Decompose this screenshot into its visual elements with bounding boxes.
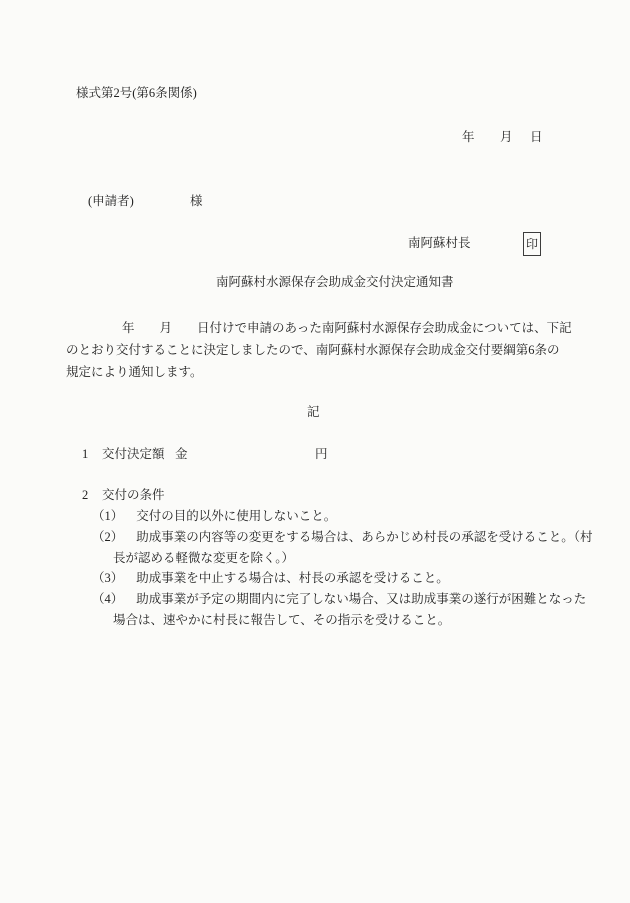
seal-character: 印	[526, 237, 538, 252]
body-paragraph-line-2: のとおり交付することに決定しましたので、南阿蘇村水源保存会助成金交付要綱第6条の	[66, 343, 560, 358]
document-page: 様式第2号(第6条関係) 年 月 日 (申請者) 様 南阿蘇村長 印 南阿蘇村水…	[0, 0, 630, 903]
item1-number: 1	[82, 447, 88, 462]
date-day-label: 日	[530, 130, 543, 145]
date-year-label: 年	[462, 130, 475, 145]
condition-1-text: 交付の目的以外に使用しないこと。	[136, 509, 336, 523]
condition-3-number: （3）	[92, 571, 123, 586]
item1-label: 交付決定額	[102, 447, 165, 462]
condition-4-text-continued: 場合は、速やかに村長に報告して、その指示を受けること。	[113, 613, 450, 628]
condition-1-number: （1）	[92, 509, 123, 524]
condition-row: （2）助成事業の内容等の変更をする場合は、あらかじめ村長の承認を受けること。（村	[92, 530, 593, 545]
applicant-honorific: 様	[190, 194, 203, 209]
document-title: 南阿蘇村水源保存会助成金交付決定通知書	[216, 275, 454, 290]
form-number: 様式第2号(第6条関係)	[76, 86, 197, 101]
condition-row: （1）交付の目的以外に使用しないこと。	[92, 509, 336, 524]
issuer-title: 南阿蘇村長	[408, 236, 471, 251]
condition-4-text: 助成事業が予定の期間内に完了しない場合、又は助成事業の遂行が困難となった	[136, 592, 586, 606]
condition-2-text-continued: 長が認める軽微な変更を除く。）	[113, 551, 294, 566]
condition-3-text: 助成事業を中止する場合は、村長の承認を受けること。	[136, 571, 449, 585]
body-paragraph-line-1: 年 月 日付けで申請のあった南阿蘇村水源保存会助成金については、下記	[66, 321, 572, 336]
item2-label: 交付の条件	[102, 488, 165, 503]
date-month-label: 月	[500, 130, 513, 145]
body-paragraph-line-3: 規定により通知します。	[66, 365, 203, 380]
condition-2-text: 助成事業の内容等の変更をする場合は、あらかじめ村長の承認を受けること。（村	[136, 530, 592, 544]
record-marker: 記	[307, 405, 320, 420]
item1-currency-prefix: 金	[175, 447, 188, 462]
condition-row: （3）助成事業を中止する場合は、村長の承認を受けること。	[92, 571, 449, 586]
item1-currency-suffix: 円	[315, 447, 328, 462]
condition-2-number: （2）	[92, 530, 123, 545]
condition-4-number: （4）	[92, 592, 123, 607]
applicant-label: (申請者)	[88, 194, 134, 209]
item2-number: 2	[82, 488, 88, 503]
condition-row: （4）助成事業が予定の期間内に完了しない場合、又は助成事業の遂行が困難となった	[92, 592, 586, 607]
seal-box: 印	[523, 232, 541, 256]
